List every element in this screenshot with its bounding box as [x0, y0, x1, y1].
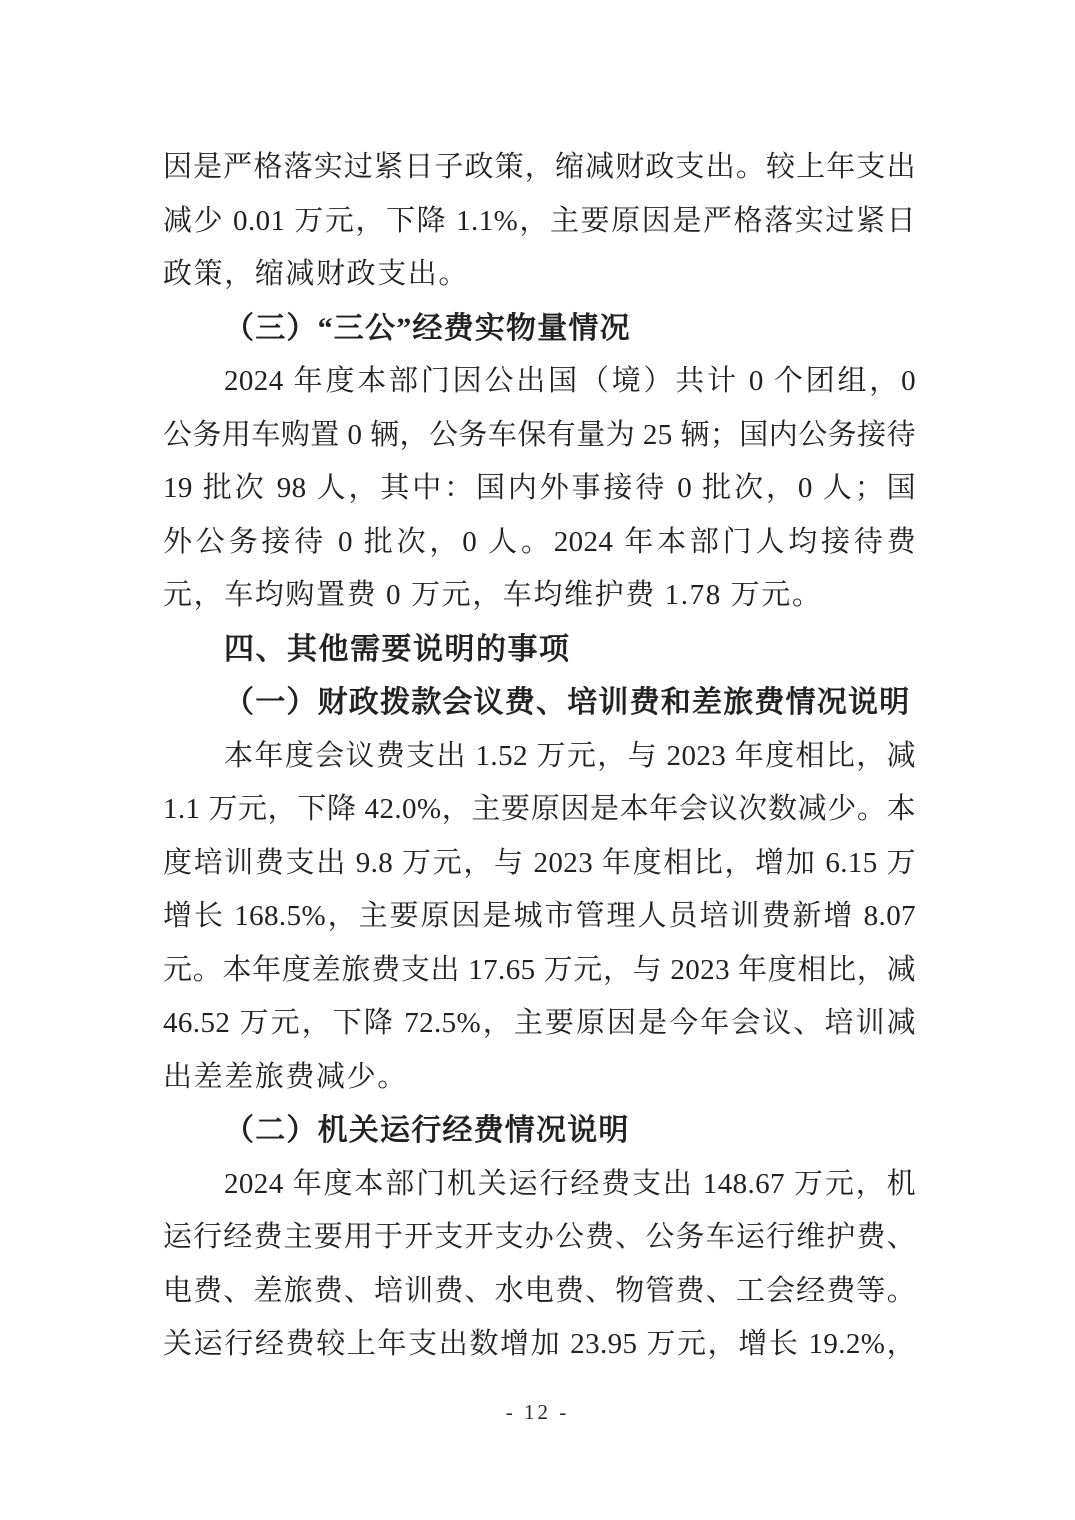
body-text-line: 政策，缩减财政支出。 — [163, 248, 916, 302]
body-text-line: 运行经费主要用于开支开支办公费、公务车运行维护费、邮 — [163, 1211, 916, 1265]
document-page: 因是严格落实过紧日子政策，缩减财政支出。较上年支出数 减少 0.01 万元，下降… — [0, 0, 1075, 1520]
body-text-line: 减少 0.01 万元，下降 1.1%，主要原因是严格落实过紧日子 — [163, 195, 916, 249]
body-text-line: 元，车均购置费 0 万元，车均维护费 1.78 万元。 — [163, 569, 916, 623]
body-text-line: 19 批次 98 人，其中：国内外事接待 0 批次，0 人；国（境） — [163, 462, 916, 516]
body-text-line: 度培训费支出 9.8 万元，与 2023 年度相比，增加 6.15 万元， — [163, 837, 916, 891]
body-text-line: 元。本年度差旅费支出 17.65 万元，与 2023 年度相比，减少 — [163, 944, 916, 998]
section-heading-other-items: 四、其他需要说明的事项 — [163, 623, 916, 677]
body-text-line: 出差差旅费减少。 — [163, 1051, 916, 1105]
body-text-line: 因是严格落实过紧日子政策，缩减财政支出。较上年支出数 — [163, 141, 916, 195]
text-content: 因是严格落实过紧日子政策，缩减财政支出。较上年支出数 减少 0.01 万元，下降… — [163, 141, 916, 1372]
body-text-line: 2024 年度本部门因公出国（境）共计 0 个团组，0 人； — [163, 355, 916, 409]
body-text-line: 2024 年度本部门机关运行经费支出 148.67 万元，机关 — [163, 1158, 916, 1212]
body-text-line: 外公务接待 0 批次，0 人。2024 年本部门人均接待费 95.92 — [163, 516, 916, 570]
body-text-line: 公务用车购置 0 辆，公务车保有量为 25 辆；国内公务接待 — [163, 409, 916, 463]
body-text-line: 本年度会议费支出 1.52 万元，与 2023 年度相比，减少 — [163, 730, 916, 784]
body-text-line: 46.52 万元，下降 72.5%，主要原因是今年会议、培训减少， — [163, 997, 916, 1051]
body-text-line: 1.1 万元，下降 42.0%，主要原因是本年会议次数减少。本年 — [163, 783, 916, 837]
subsection-heading-sangong: （三）“三公”经费实物量情况 — [163, 302, 916, 356]
body-text-line: 关运行经费较上年支出数增加 23.95 万元，增长 19.2%，主 — [163, 1318, 916, 1372]
subsection-heading-operating-funds: （二）机关运行经费情况说明 — [163, 1104, 916, 1158]
page-number: - 12 - — [0, 1400, 1075, 1425]
subsection-heading-fees: （一）财政拨款会议费、培训费和差旅费情况说明 — [163, 676, 916, 730]
body-text-line: 增长 168.5%，主要原因是城市管理人员培训费新增 8.07 万 — [163, 890, 916, 944]
body-text-line: 电费、差旅费、培训费、水电费、物管费、工会经费等。机 — [163, 1265, 916, 1319]
